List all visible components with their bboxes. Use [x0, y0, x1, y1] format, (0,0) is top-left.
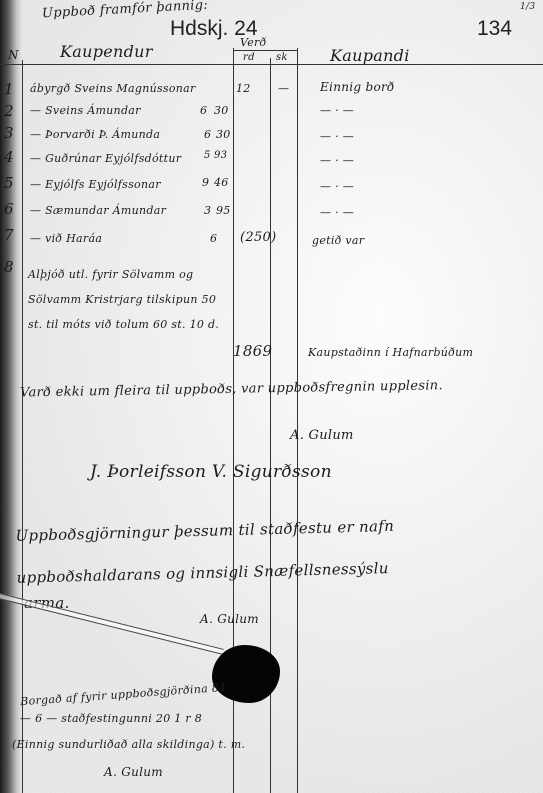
row-number: 1	[4, 80, 14, 98]
column-rule-payer	[297, 48, 298, 793]
column-rd: rd	[243, 52, 255, 63]
fee-line-1: Borgað af fyrir uppboðsgjörðina 84	[20, 681, 227, 708]
column-payer: Kaupandi	[330, 46, 410, 65]
row-buyer: — Þorvarði Þ. Ámunda	[30, 128, 160, 141]
row-sk: —	[278, 82, 289, 95]
fee-value: 20 1 r 8	[156, 712, 202, 725]
fee-label: (Einnig sundurliðað alla skildinga) t. m…	[12, 738, 245, 751]
document-page: Hdskj. 24 134 1/3 Uppboð framfór þannig:…	[0, 0, 543, 793]
row-rd: 5	[204, 150, 211, 161]
row-note: — · —	[320, 130, 354, 143]
row-buyer: — við Haráa	[30, 232, 102, 245]
row-buyer: — Guðrúnar Eyjólfsdóttur	[30, 152, 181, 165]
row-sk: 30	[214, 104, 229, 117]
row-rd: 3	[204, 204, 211, 217]
row-sk: (250)	[240, 230, 276, 245]
row-buyer: ábyrgð Sveins Magnússonar	[30, 82, 196, 95]
row-buyer: — Eyjólfs Eyjólfssonar	[30, 178, 161, 191]
column-number: N	[8, 48, 19, 62]
signature-fees: A. Gulum	[104, 765, 163, 779]
signature-seal: A. Gulum	[200, 612, 259, 626]
row-note: getið var	[312, 234, 364, 247]
confirmation-paragraph: Uppboðsgjörningur þessum til staðfestu e…	[15, 501, 537, 599]
price-group-rule	[233, 50, 298, 51]
row-note: — · —	[320, 104, 354, 117]
row-buyer: — Sveins Ámundar	[30, 104, 141, 117]
row-sk: 30	[216, 128, 231, 141]
seal-cord	[0, 592, 224, 655]
row-note: — · —	[320, 206, 354, 219]
row-buyer: — Sæmundar Ámundar	[30, 204, 166, 217]
column-price-group: Verð	[240, 36, 267, 49]
closing-paragraph: Varð ekki um fleira til uppboðs, var upp…	[20, 371, 540, 406]
row-rd: 12	[236, 82, 251, 95]
margin-rule	[22, 60, 23, 793]
row-rd: 1869	[233, 342, 272, 360]
row-note: — · —	[320, 154, 354, 167]
column-sk: sk	[276, 52, 288, 63]
row-note: Kaupstaðinn í Hafnarbúðum	[308, 346, 473, 359]
row-number: 4	[4, 148, 14, 166]
row-number: 8	[4, 258, 14, 276]
row-rd: 6	[210, 232, 217, 245]
row-number: 6	[4, 200, 14, 218]
row-note: Einnig borð	[320, 80, 395, 94]
row-number: 7	[4, 226, 14, 244]
fee-value: 84	[211, 681, 226, 695]
row-sk: 46	[214, 176, 229, 189]
fee-label: — 6 — staðfestingunni	[20, 712, 152, 725]
row-buyer: Alþjóð utl. fyrir Sölvamm og Sölvamm Kri…	[28, 262, 228, 337]
fee-line-3: (Einnig sundurliðað alla skildinga) t. m…	[12, 738, 245, 751]
fee-line-2: — 6 — staðfestingunni 20 1 r 8	[20, 712, 202, 725]
header-rule	[0, 64, 543, 65]
row-rd: 6	[204, 128, 211, 141]
row-number: 2	[4, 102, 14, 120]
row-note: — · —	[320, 180, 354, 193]
fee-label: Borgað af fyrir uppboðsgjörðina	[20, 682, 209, 708]
row-number: 3	[4, 124, 14, 142]
row-number: 5	[4, 174, 14, 192]
witness-signatures: J. Þorleifsson V. Sigurðsson	[90, 462, 332, 482]
page-number: 134	[477, 17, 512, 41]
row-rd: 6	[200, 104, 207, 117]
signature-auctioneer: A. Gulum	[290, 428, 354, 443]
row-sk: 93	[214, 150, 227, 161]
wax-seal-icon	[212, 645, 280, 703]
corner-folio: 1/3	[520, 2, 535, 12]
row-rd: 9	[202, 176, 209, 189]
column-buyer: Kaupendur	[60, 42, 153, 61]
row-sk: 95	[216, 204, 231, 217]
